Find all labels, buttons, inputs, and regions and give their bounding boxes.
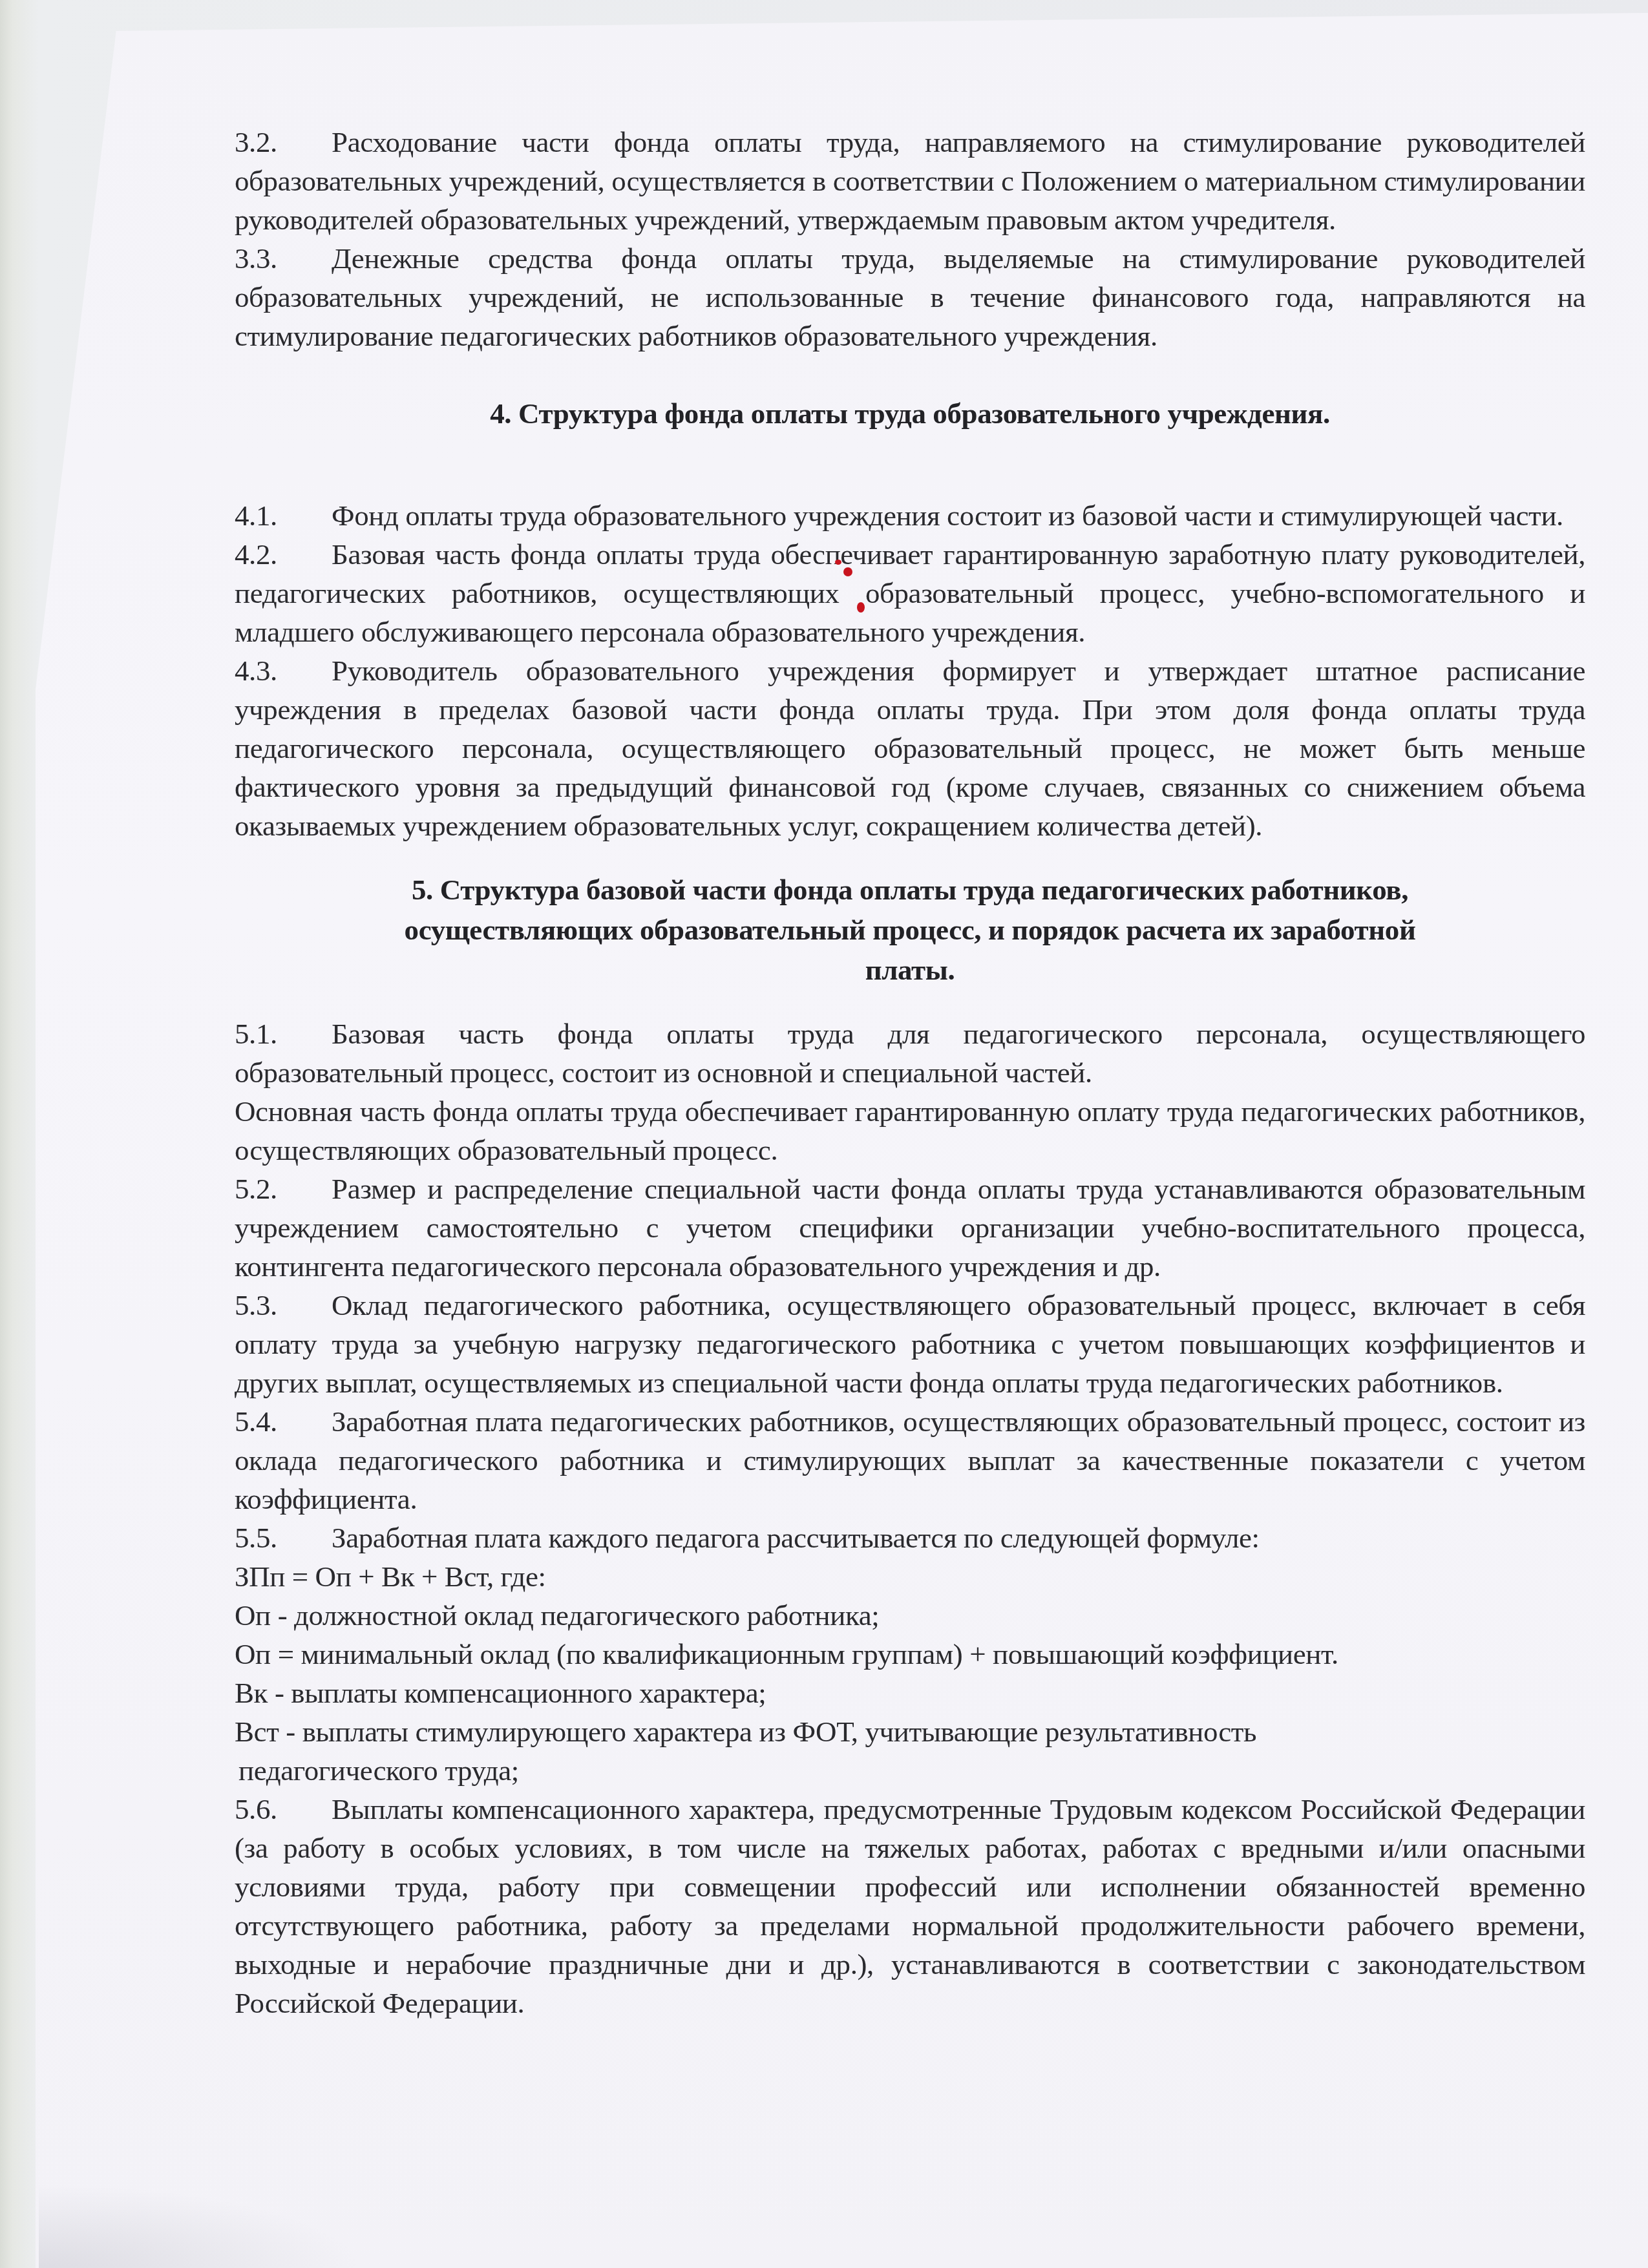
paragraph-text: Руководитель образовательного учреждения… [235,655,1585,842]
paragraph-number: 5.4. [235,1402,332,1441]
paragraph-5-1: 5.1.Базовая часть фонда оплаты труда для… [235,1014,1585,1092]
paragraph-5-2: 5.2.Размер и распределение специальной ч… [235,1170,1585,1286]
section-5-heading: 5. Структура базовой части фонда оплаты … [235,870,1585,990]
section-5-heading-line-2: осуществляющих образовательный процесс, … [235,910,1585,950]
paragraph-number: 5.2. [235,1170,332,1208]
paragraph-text: Заработная плата педагогических работник… [235,1405,1585,1515]
paragraph-4-2: 4.2.Базовая часть фонда оплаты труда обе… [235,535,1585,651]
paragraph-text: Выплаты компенсационного характера, пред… [235,1793,1585,2019]
section-5-heading-line-1: 5. Структура базовой части фонда оплаты … [235,870,1585,910]
paragraph-5-3: 5.3.Оклад педагогического работника, осу… [235,1286,1585,1402]
red-ink-mark [835,560,841,565]
paragraph-5-1-continued: Основная часть фонда оплаты труда обеспе… [235,1092,1585,1170]
paragraph-number: 4.2. [235,535,332,574]
paragraph-3-3: 3.3.Денежные средства фонда оплаты труда… [235,239,1585,355]
paragraph-text: Денежные средства фонда оплаты труда, вы… [235,242,1585,352]
paragraph-number: 3.2. [235,123,332,162]
formula-definition: Оп = минимальный оклад (по квалификацион… [235,1635,1585,1674]
paragraph-4-1: 4.1.Фонд оплаты труда образовательного у… [235,496,1585,535]
red-ink-mark [857,602,865,613]
section-4-heading: 4. Структура фонда оплаты труда образова… [235,394,1585,433]
salary-formula: ЗПп = Оп + Вк + Вст, где: [235,1557,1585,1596]
paragraph-3-2: 3.2.Расходование части фонда оплаты труд… [235,123,1585,239]
paragraph-number: 5.1. [235,1014,332,1053]
document-body: 3.2.Расходование части фонда оплаты труд… [235,123,1585,2022]
paragraph-text: Заработная плата каждого педагога рассчи… [332,1522,1260,1554]
paragraph-text: Оклад педагогического работника, осущест… [235,1289,1585,1399]
red-ink-mark [843,567,852,576]
paragraph-number: 4.3. [235,651,332,690]
paragraph-text: Фонд оплаты труда образовательного учреж… [332,499,1563,532]
paragraph-number: 3.3. [235,239,332,278]
paragraph-4-3: 4.3.Руководитель образовательного учрежд… [235,651,1585,845]
paragraph-text: Базовая часть фонда оплаты труда для пед… [235,1018,1585,1089]
formula-definition: Вк - выплаты компенсационного характера; [235,1674,1585,1712]
paragraph-number: 5.3. [235,1286,332,1325]
page-shadow [39,2184,362,2268]
paragraph-text: Расходование части фонда оплаты труда, н… [235,126,1585,236]
paragraph-5-5: 5.5.Заработная плата каждого педагога ра… [235,1518,1585,1557]
paragraph-number: 5.5. [235,1518,332,1557]
formula-definition: педагогического труда; [235,1751,1585,1790]
paragraph-number: 4.1. [235,496,332,535]
paragraph-5-4: 5.4.Заработная плата педагогических рабо… [235,1402,1585,1518]
formula-definition: Вст - выплаты стимулирующего характера и… [235,1712,1585,1751]
paragraph-number: 5.6. [235,1790,332,1829]
section-5-heading-line-3: платы. [235,950,1585,990]
paragraph-text: Базовая часть фонда оплаты труда обеспеч… [235,538,1585,648]
paragraph-5-6: 5.6.Выплаты компенсационного характера, … [235,1790,1585,2022]
paragraph-text: Размер и распределение специальной части… [235,1173,1585,1283]
formula-definition: Оп - должностной оклад педагогического р… [235,1596,1585,1635]
